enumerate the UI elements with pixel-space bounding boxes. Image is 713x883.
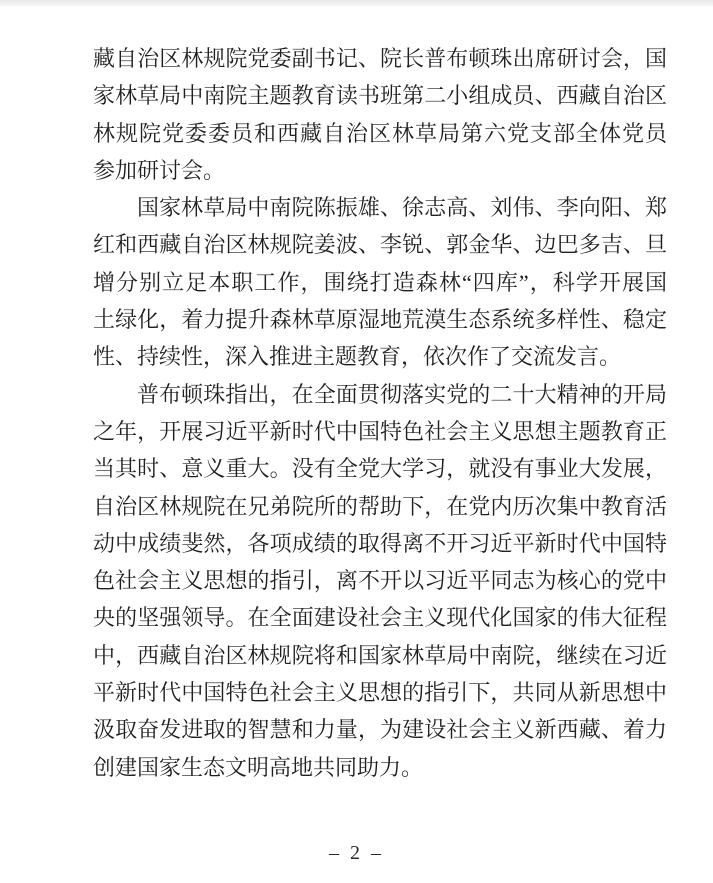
text-line: 中，西藏自治区林规院将和国家林草局中南院，继续在习近 bbox=[93, 637, 667, 674]
text-line: 创建国家生态文明高地共同助力。 bbox=[93, 749, 667, 786]
paragraph: 藏自治区林规院党委副书记、院长普布顿珠出席研讨会，国 家林草局中南院主题教育读书… bbox=[93, 40, 667, 189]
text-line: 增分别立足本职工作，围绕打造森林“四库”，科学开展国 bbox=[93, 264, 667, 301]
page-number: – 2 – bbox=[329, 842, 384, 865]
text-line: 性、持续性，深入推进主题教育，依次作了交流发言。 bbox=[93, 338, 667, 375]
text-line: 央的坚强领导。在全面建设社会主义现代化国家的伟大征程 bbox=[93, 599, 667, 636]
text-line: 林规院党委委员和西藏自治区林草局第六党支部全体党员 bbox=[93, 115, 667, 152]
text-line: 汲取奋发进取的智慧和力量，为建设社会主义新西藏、着力 bbox=[93, 711, 667, 748]
text-line: 当其时、意义重大。没有全党大学习，就没有事业大发展， bbox=[93, 450, 667, 487]
text-line: 动中成绩斐然，各项成绩的取得离不开习近平新时代中国特 bbox=[93, 525, 667, 562]
text-line: 参加研讨会。 bbox=[93, 152, 667, 189]
text-line: 平新时代中国特色社会主义思想的指引下，共同从新思想中 bbox=[93, 674, 667, 711]
text-line: 家林草局中南院主题教育读书班第二小组成员、西藏自治区 bbox=[93, 77, 667, 114]
document-body: 藏自治区林规院党委副书记、院长普布顿珠出席研讨会，国 家林草局中南院主题教育读书… bbox=[93, 40, 667, 786]
scan-edge-artifact bbox=[0, 0, 713, 7]
text-line: 色社会主义思想的指引，离不开以习近平同志为核心的党中 bbox=[93, 562, 667, 599]
text-line: 红和西藏自治区林规院姜波、李锐、郭金华、边巴多吉、旦 bbox=[93, 226, 667, 263]
text-line: 自治区林规院在兄弟院所的帮助下，在党内历次集中教育活 bbox=[93, 488, 667, 525]
text-line: 之年，开展习近平新时代中国特色社会主义思想主题教育正 bbox=[93, 413, 667, 450]
paragraph: 国家林草局中南院陈振雄、徐志高、刘伟、李向阳、郑 红和西藏自治区林规院姜波、李锐… bbox=[93, 189, 667, 375]
paragraph: 普布顿珠指出，在全面贯彻落实党的二十大精神的开局 之年，开展习近平新时代中国特色… bbox=[93, 376, 667, 786]
text-line: 国家林草局中南院陈振雄、徐志高、刘伟、李向阳、郑 bbox=[93, 189, 667, 226]
page-footer: – 2 – bbox=[0, 842, 713, 865]
text-line: 藏自治区林规院党委副书记、院长普布顿珠出席研讨会，国 bbox=[93, 40, 667, 77]
text-line: 普布顿珠指出，在全面贯彻落实党的二十大精神的开局 bbox=[93, 376, 667, 413]
text-line: 土绿化，着力提升森林草原湿地荒漠生态系统多样性、稳定 bbox=[93, 301, 667, 338]
